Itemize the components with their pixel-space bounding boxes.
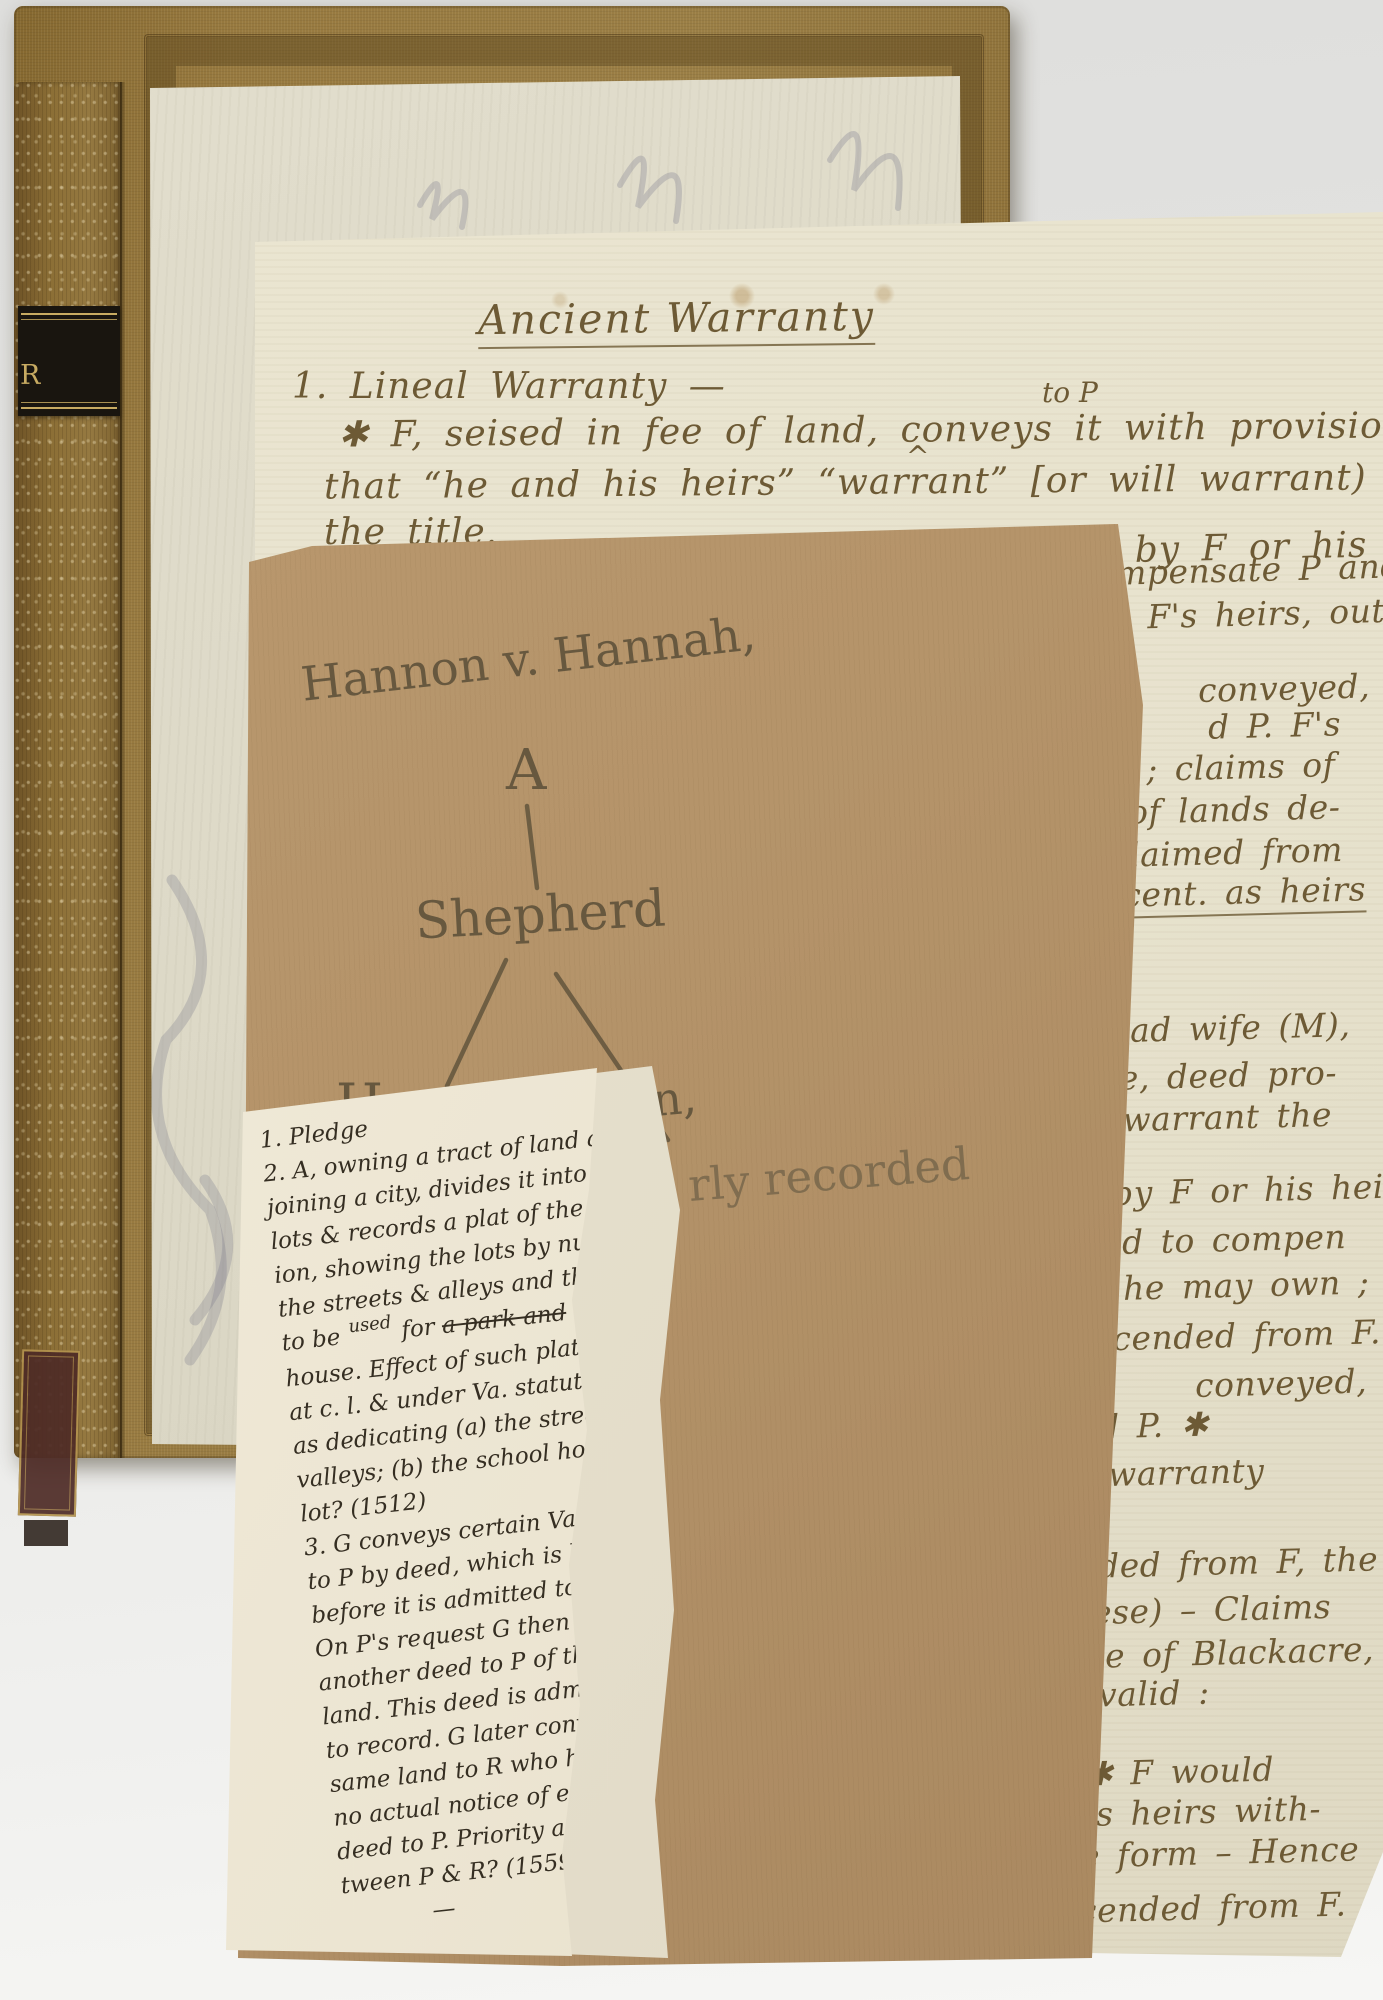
inserted-word: used <box>347 1306 393 1344</box>
manuscript-fragment: e of Blackacre, <box>1105 1629 1375 1675</box>
manuscript-fragment: ad wife (M), <box>1130 1005 1351 1050</box>
manuscript-fragment: y ; claims of <box>1110 745 1336 790</box>
manuscript-fragment: conveyed, or <box>1198 665 1383 710</box>
manuscript-fragment: l he may own ; <box>1095 1262 1370 1308</box>
photo-backdrop: { "book": { "spine_label_fragment": "R" … <box>0 0 1383 2000</box>
manuscript-fragment: ese) – Claims <box>1092 1587 1332 1632</box>
manuscript-line: ✱ F, seised in fee of land, conveys it w… <box>338 405 1383 455</box>
manuscript-fragment: is heirs with- <box>1085 1789 1322 1834</box>
manuscript-line: 1. Lineal Warranty — <box>292 366 726 407</box>
manuscript-fragment: ✱ F would <box>1085 1750 1275 1794</box>
book-spine: R <box>14 82 122 1458</box>
note-line-mid: for <box>400 1314 436 1343</box>
manuscript-title: Ancient Warranty <box>478 292 876 349</box>
spine-dark-band <box>24 1520 68 1546</box>
manuscript-fragment: of lands de- <box>1128 787 1341 832</box>
manuscript-fragment: valid : <box>1098 1673 1211 1715</box>
spine-hinge-groove <box>120 82 125 1458</box>
manuscript-fragment: cended from F. <box>1078 1884 1347 1930</box>
manuscript-fragment: e form – Hence <box>1080 1829 1360 1875</box>
manuscript-fragment: ] warrant the <box>1092 1095 1333 1140</box>
manuscript-fragment: claimed from <box>1110 830 1344 875</box>
note-line-pre: to be <box>280 1324 341 1356</box>
manuscript-fragment: mpensate P and <box>1115 546 1383 592</box>
manuscript-line: that “he and his heirs” “warrant” [or wi… <box>324 457 1367 507</box>
spine-gilt-letter: R <box>20 360 42 391</box>
manuscript-fragment: te, deed pro- <box>1105 1053 1338 1098</box>
manuscript-fragment: conveyed, or <box>1195 1360 1383 1405</box>
manuscript-fragment: by F or his heirs <box>1112 1166 1383 1213</box>
manuscript-fragment: scended from F. <box>1095 1312 1382 1358</box>
spine-title-label: R <box>18 306 120 416</box>
interlinear-insertion-to-p: to P <box>1042 376 1098 409</box>
manuscript-fragment: d P. ✱ <box>1098 1405 1210 1447</box>
spine-maroon-label <box>18 1349 80 1516</box>
manuscript-fragment: d to compen <box>1122 1217 1347 1262</box>
manuscript-fragment: ded from F, the <box>1098 1539 1379 1585</box>
manuscript-fragment: d P. F's <box>1208 704 1342 746</box>
manuscript-fragment: warranty <box>1108 1451 1265 1494</box>
